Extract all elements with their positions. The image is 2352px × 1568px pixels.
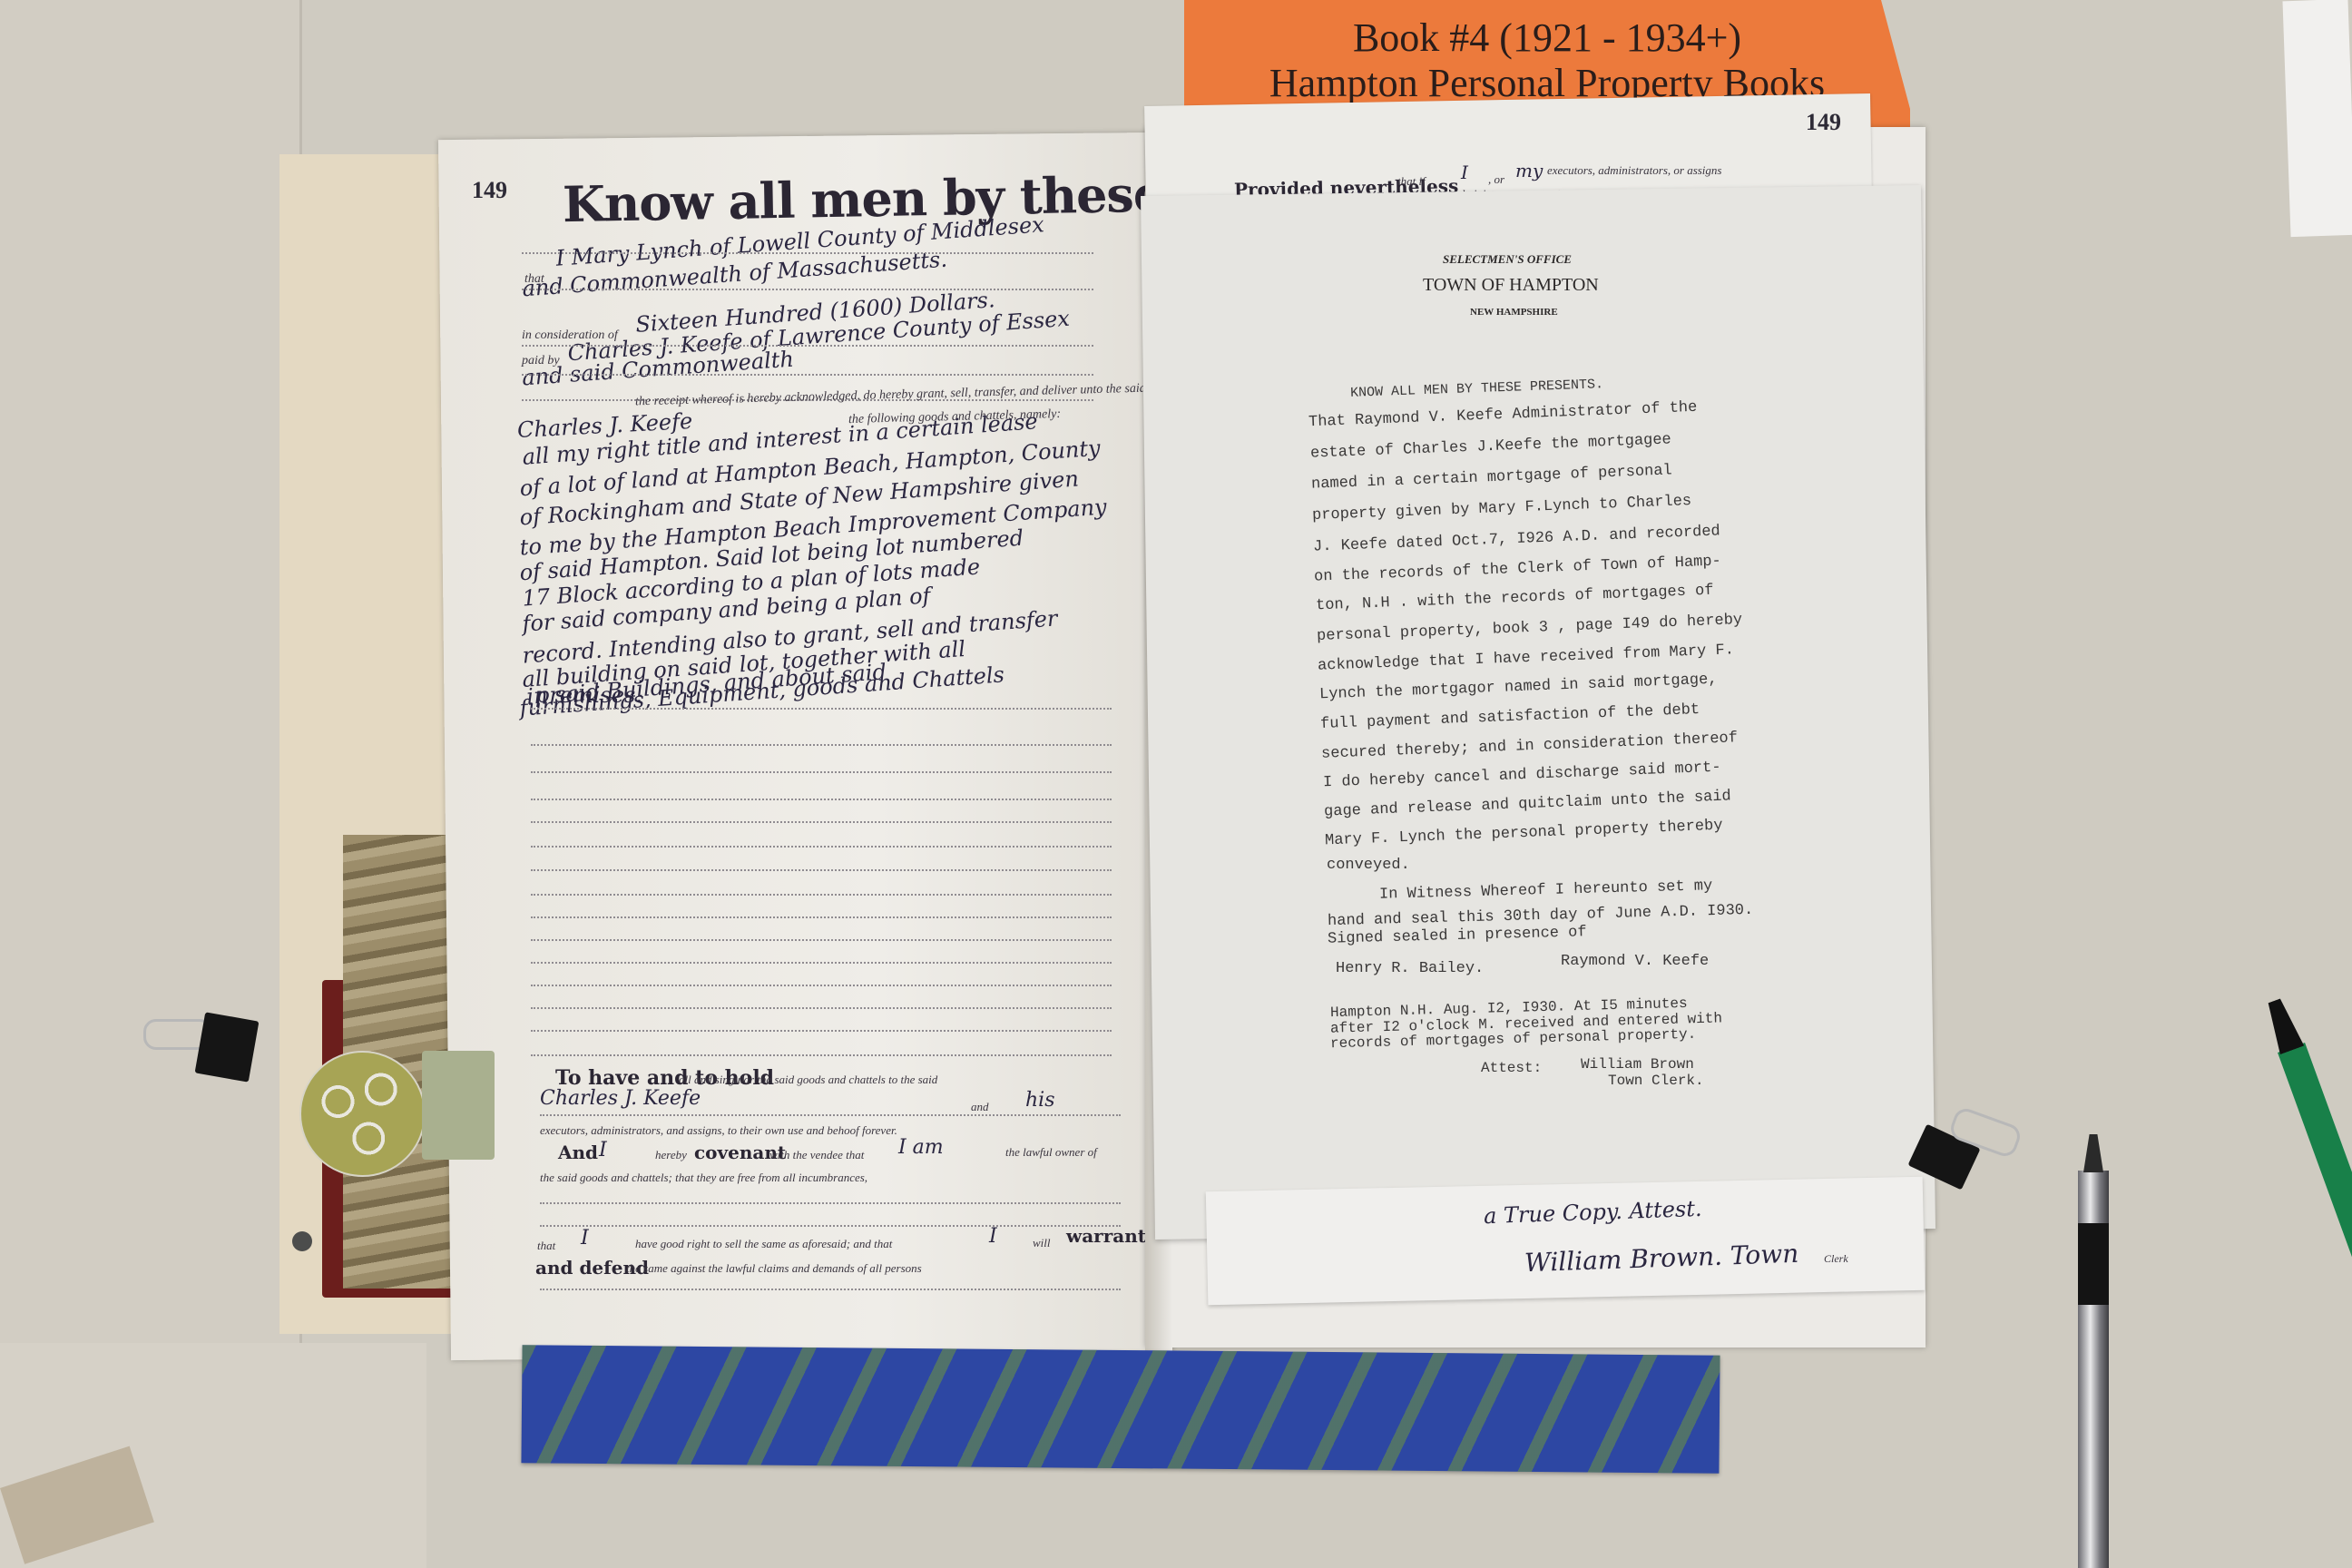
attest-label: Attest: [1481,1060,1542,1076]
ruled-line [531,869,1112,871]
green-pen[interactable] [2278,1043,2352,1334]
proviso-executors: executors, administrators, or assigns [1547,163,1721,178]
desk-surface-left [0,0,302,1568]
to-have-text: all and singular the said goods and chat… [679,1073,937,1087]
ruled-line [531,799,1112,800]
i-am-handwritten: I am [898,1136,944,1159]
ruled-line [531,846,1112,848]
silver-ballpoint-pen[interactable] [2078,1171,2109,1568]
hereby-text: hereby [655,1148,687,1162]
executors-clause: executors, administrators, and assigns, … [540,1123,897,1138]
with-vendee-text: with the vendee that [769,1148,864,1162]
ruled-line [531,1030,1112,1032]
blue-painters-tape [521,1345,1720,1474]
clerk-name: William Brown [1581,1056,1694,1073]
and-heading: And [558,1142,598,1163]
habendum-grantee: Charles J. Keefe [540,1087,701,1110]
good-right-text: have good right to sell the same as afor… [635,1237,892,1251]
ruled-line [531,708,1112,710]
ruled-line [522,252,1093,254]
ruled-line [540,1289,1121,1290]
town-heading: TOWN OF HAMPTON [1423,275,1599,296]
ruled-line [522,345,1093,347]
discharge-line: conveyed. [1327,857,1410,874]
or-label: , or [1488,172,1504,187]
table-hole [292,1231,312,1251]
and-i-handwritten: I [599,1139,607,1161]
ruled-line [531,916,1112,918]
that-label-2: that [537,1239,555,1253]
state-heading: NEW HAMPSHIRE [1470,307,1558,318]
clerk-label: Clerk [1824,1252,1848,1266]
pen-tip [2083,1134,2103,1172]
ruled-line [531,771,1112,773]
ruled-line [540,1114,1121,1116]
ruled-line [531,985,1112,986]
signer-name: Raymond V. Keefe [1561,953,1709,970]
lawful-owner-text: the lawful owner of [1005,1145,1097,1160]
ruled-line [531,1007,1112,1009]
will-i-handwritten: I [989,1225,997,1248]
ruled-line [531,1054,1112,1056]
ruled-line [531,744,1112,746]
pen-tip [2262,996,2304,1054]
warrant-heading: warrant [1066,1225,1146,1247]
will-text: will [1033,1236,1051,1250]
ruled-line [531,939,1112,941]
paper-corner-top-right [2282,0,2352,237]
clip-body [195,1012,260,1082]
left-page-number: 149 [472,177,507,204]
and-label: and [971,1100,989,1114]
clerk-title: Town Clerk. [1608,1073,1704,1089]
goods-line: premises. [535,682,642,708]
office-heading: SELECTMEN'S OFFICE [1443,252,1572,267]
ruled-line [540,1225,1121,1227]
ruled-line [522,289,1093,290]
pen-grip [2078,1223,2109,1305]
ruled-line [540,1202,1121,1204]
incumbrances-text: the said goods and chattels; that they a… [540,1171,867,1185]
patterned-button-magnet [299,1051,426,1177]
book-label: Book #4 (1921 - 1934+) [1184,15,1910,61]
proviso-i-handwritten: I [1461,162,1468,183]
ruled-line [531,962,1112,964]
green-binder-clip[interactable] [422,1051,495,1160]
right-page-number: 149 [1806,109,1841,136]
witness-name: Henry R. Bailey. [1336,960,1484,977]
true-copy-strip [1206,1177,1925,1306]
ruled-line [531,821,1112,823]
proviso-my-handwritten: my [1515,160,1543,181]
that-i-handwritten: I [581,1227,589,1249]
ruled-line [522,374,1093,376]
defend-text: the same against the lawful claims and d… [626,1261,922,1276]
ruled-line [531,894,1112,896]
his-handwritten: his [1025,1089,1055,1112]
